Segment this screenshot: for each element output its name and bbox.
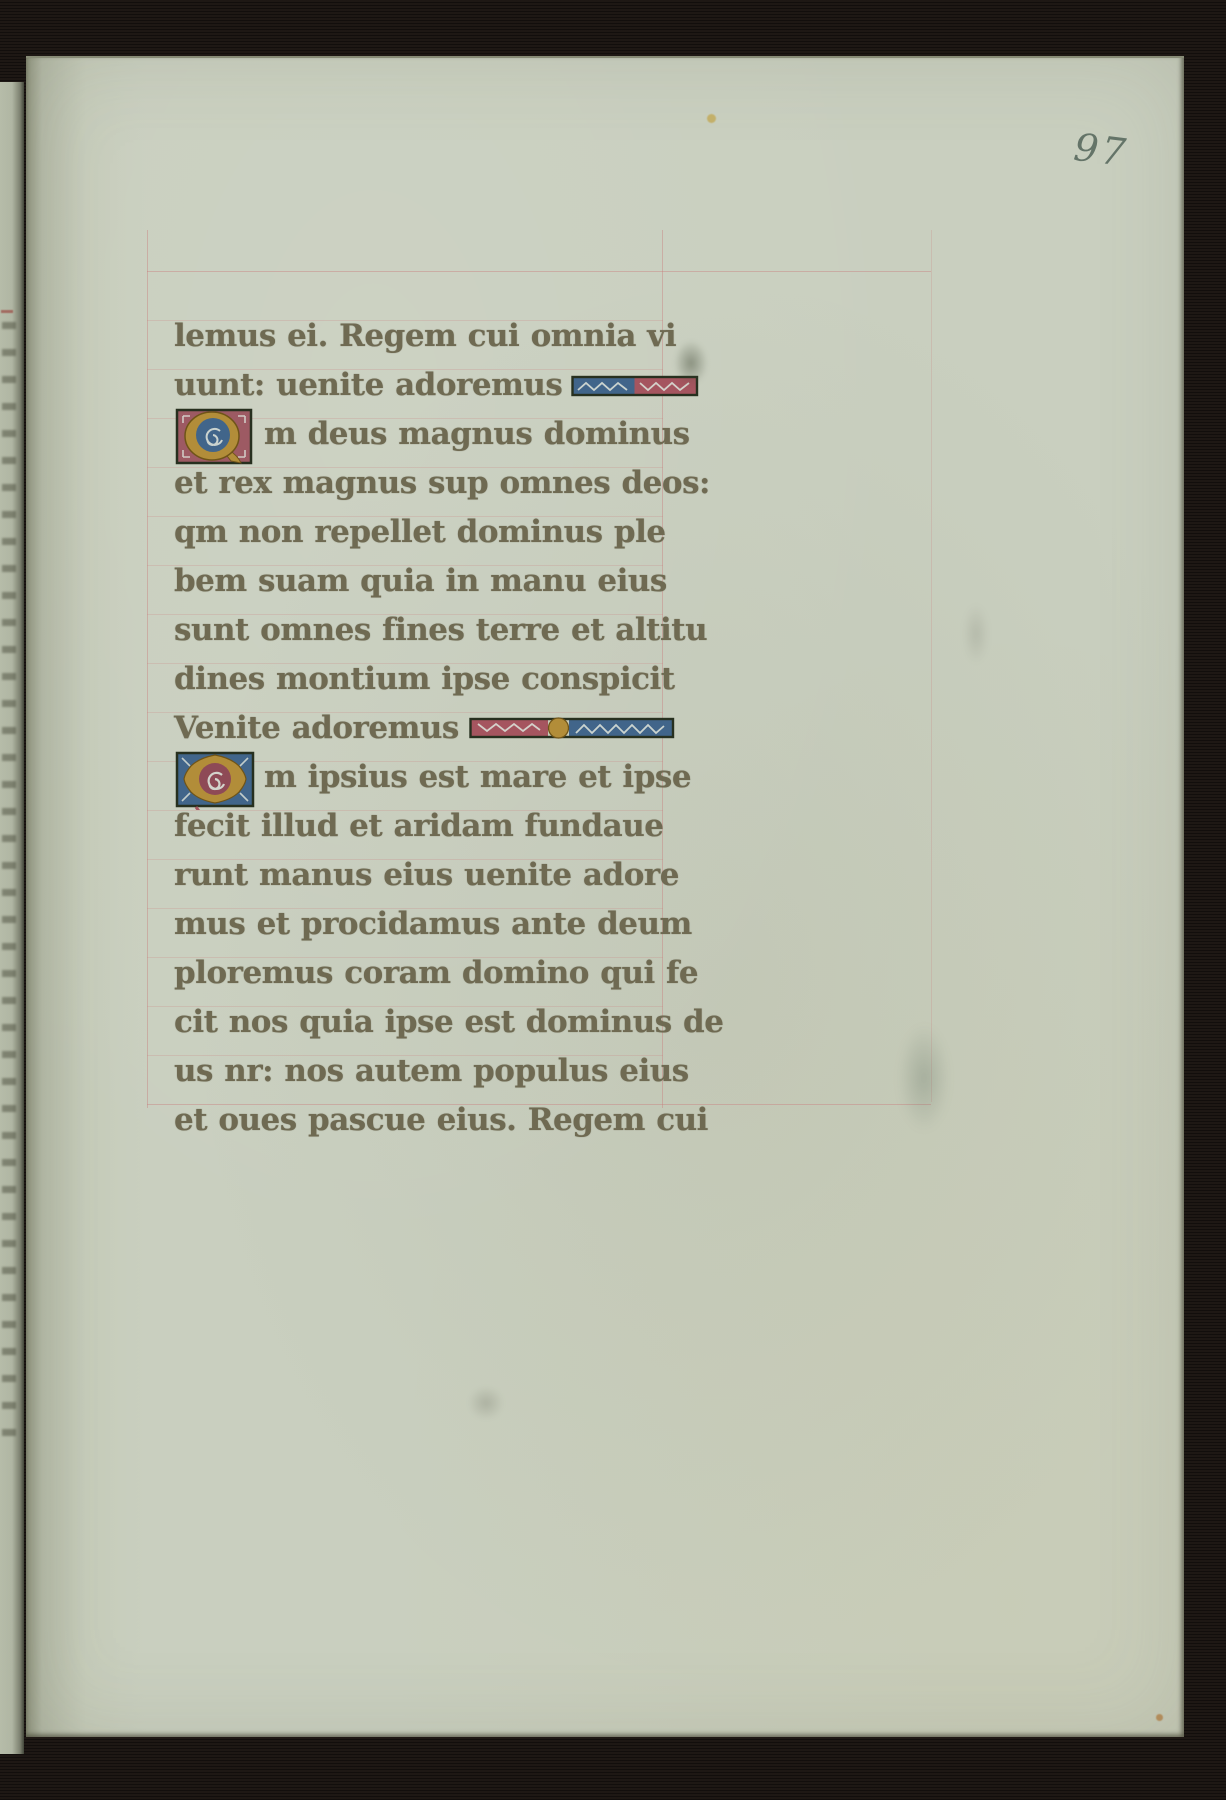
line-text: m ipsius est mare et ipse	[264, 759, 691, 795]
stain-spot	[1156, 1714, 1163, 1721]
line-text: m deus magnus dominus	[264, 416, 690, 452]
line-text: runt manus eius uenite adore	[174, 857, 679, 893]
text-line-8: dines montium ipse conspicit	[174, 655, 722, 704]
text-line-7: sunt omnes fines terre et altitu	[174, 606, 722, 655]
stain	[963, 604, 989, 664]
stain-spot	[707, 114, 716, 123]
illuminated-initial	[174, 407, 256, 467]
ruling-line	[147, 271, 931, 272]
line-text: ploremus coram domino qui fe	[174, 955, 698, 991]
line-text: et oues pascue eius. Regem cui	[174, 1102, 708, 1138]
illuminated-initial	[174, 750, 256, 810]
text-line-15: cit nos quia ipse est dominus de	[174, 998, 722, 1047]
facing-page-edge	[0, 82, 24, 1754]
facing-page-red-mark	[1, 310, 13, 313]
line-filler	[468, 715, 676, 742]
stain	[468, 1386, 504, 1420]
line-text: dines montium ipse conspicit	[174, 661, 675, 697]
line-text: bem suam quia in manu eius	[174, 563, 667, 599]
folio-number: 97	[1072, 125, 1131, 175]
line-filler	[571, 361, 699, 410]
line-text: uunt: uenite adoremus	[174, 367, 562, 403]
line-text: sunt omnes fines terre et altitu	[174, 612, 707, 648]
text-line-4: et rex magnus sup omnes deos:	[174, 459, 722, 508]
ruling-line	[147, 230, 148, 1108]
manuscript-page: 97 lemus ei. Regem cui omnia viuunt: uen…	[26, 56, 1184, 1737]
stain	[898, 1024, 950, 1132]
text-line-5: qm non repellet dominus ple	[174, 508, 722, 557]
text-line-9: Venite adoremus	[174, 704, 722, 753]
text-line-11: fecit illud et aridam fundaue	[174, 802, 722, 851]
text-block: lemus ei. Regem cui omnia viuunt: uenite…	[174, 312, 722, 1145]
line-filler	[468, 704, 676, 753]
line-text: fecit illud et aridam fundaue	[174, 808, 663, 844]
line-text: cit nos quia ipse est dominus de	[174, 1004, 723, 1040]
text-line-3: m deus magnus dominus	[174, 410, 722, 459]
illuminated-initial-q	[174, 750, 256, 810]
ruling-line	[931, 230, 932, 1102]
illuminated-initial-q	[174, 407, 256, 467]
text-line-6: bem suam quia in manu eius	[174, 557, 722, 606]
text-line-14: ploremus coram domino qui fe	[174, 949, 722, 998]
line-text: mus et procidamus ante deum	[174, 906, 692, 942]
line-text: qm non repellet dominus ple	[174, 514, 666, 550]
text-line-13: mus et procidamus ante deum	[174, 900, 722, 949]
facing-page-text-bleed	[2, 322, 16, 1452]
text-line-12: runt manus eius uenite adore	[174, 851, 722, 900]
line-text: Venite adoremus	[174, 710, 459, 746]
text-line-16: us nr: nos autem populus eius	[174, 1047, 722, 1096]
line-text: lemus ei. Regem cui omnia vi	[174, 318, 676, 354]
line-filler	[571, 374, 699, 399]
text-line-10: m ipsius est mare et ipse	[174, 753, 722, 802]
text-line-17: et oues pascue eius. Regem cui	[174, 1096, 722, 1145]
text-line-1: lemus ei. Regem cui omnia vi	[174, 312, 722, 361]
line-text: us nr: nos autem populus eius	[174, 1053, 689, 1089]
line-text: et rex magnus sup omnes deos:	[174, 465, 710, 501]
text-line-2: uunt: uenite adoremus	[174, 361, 722, 410]
